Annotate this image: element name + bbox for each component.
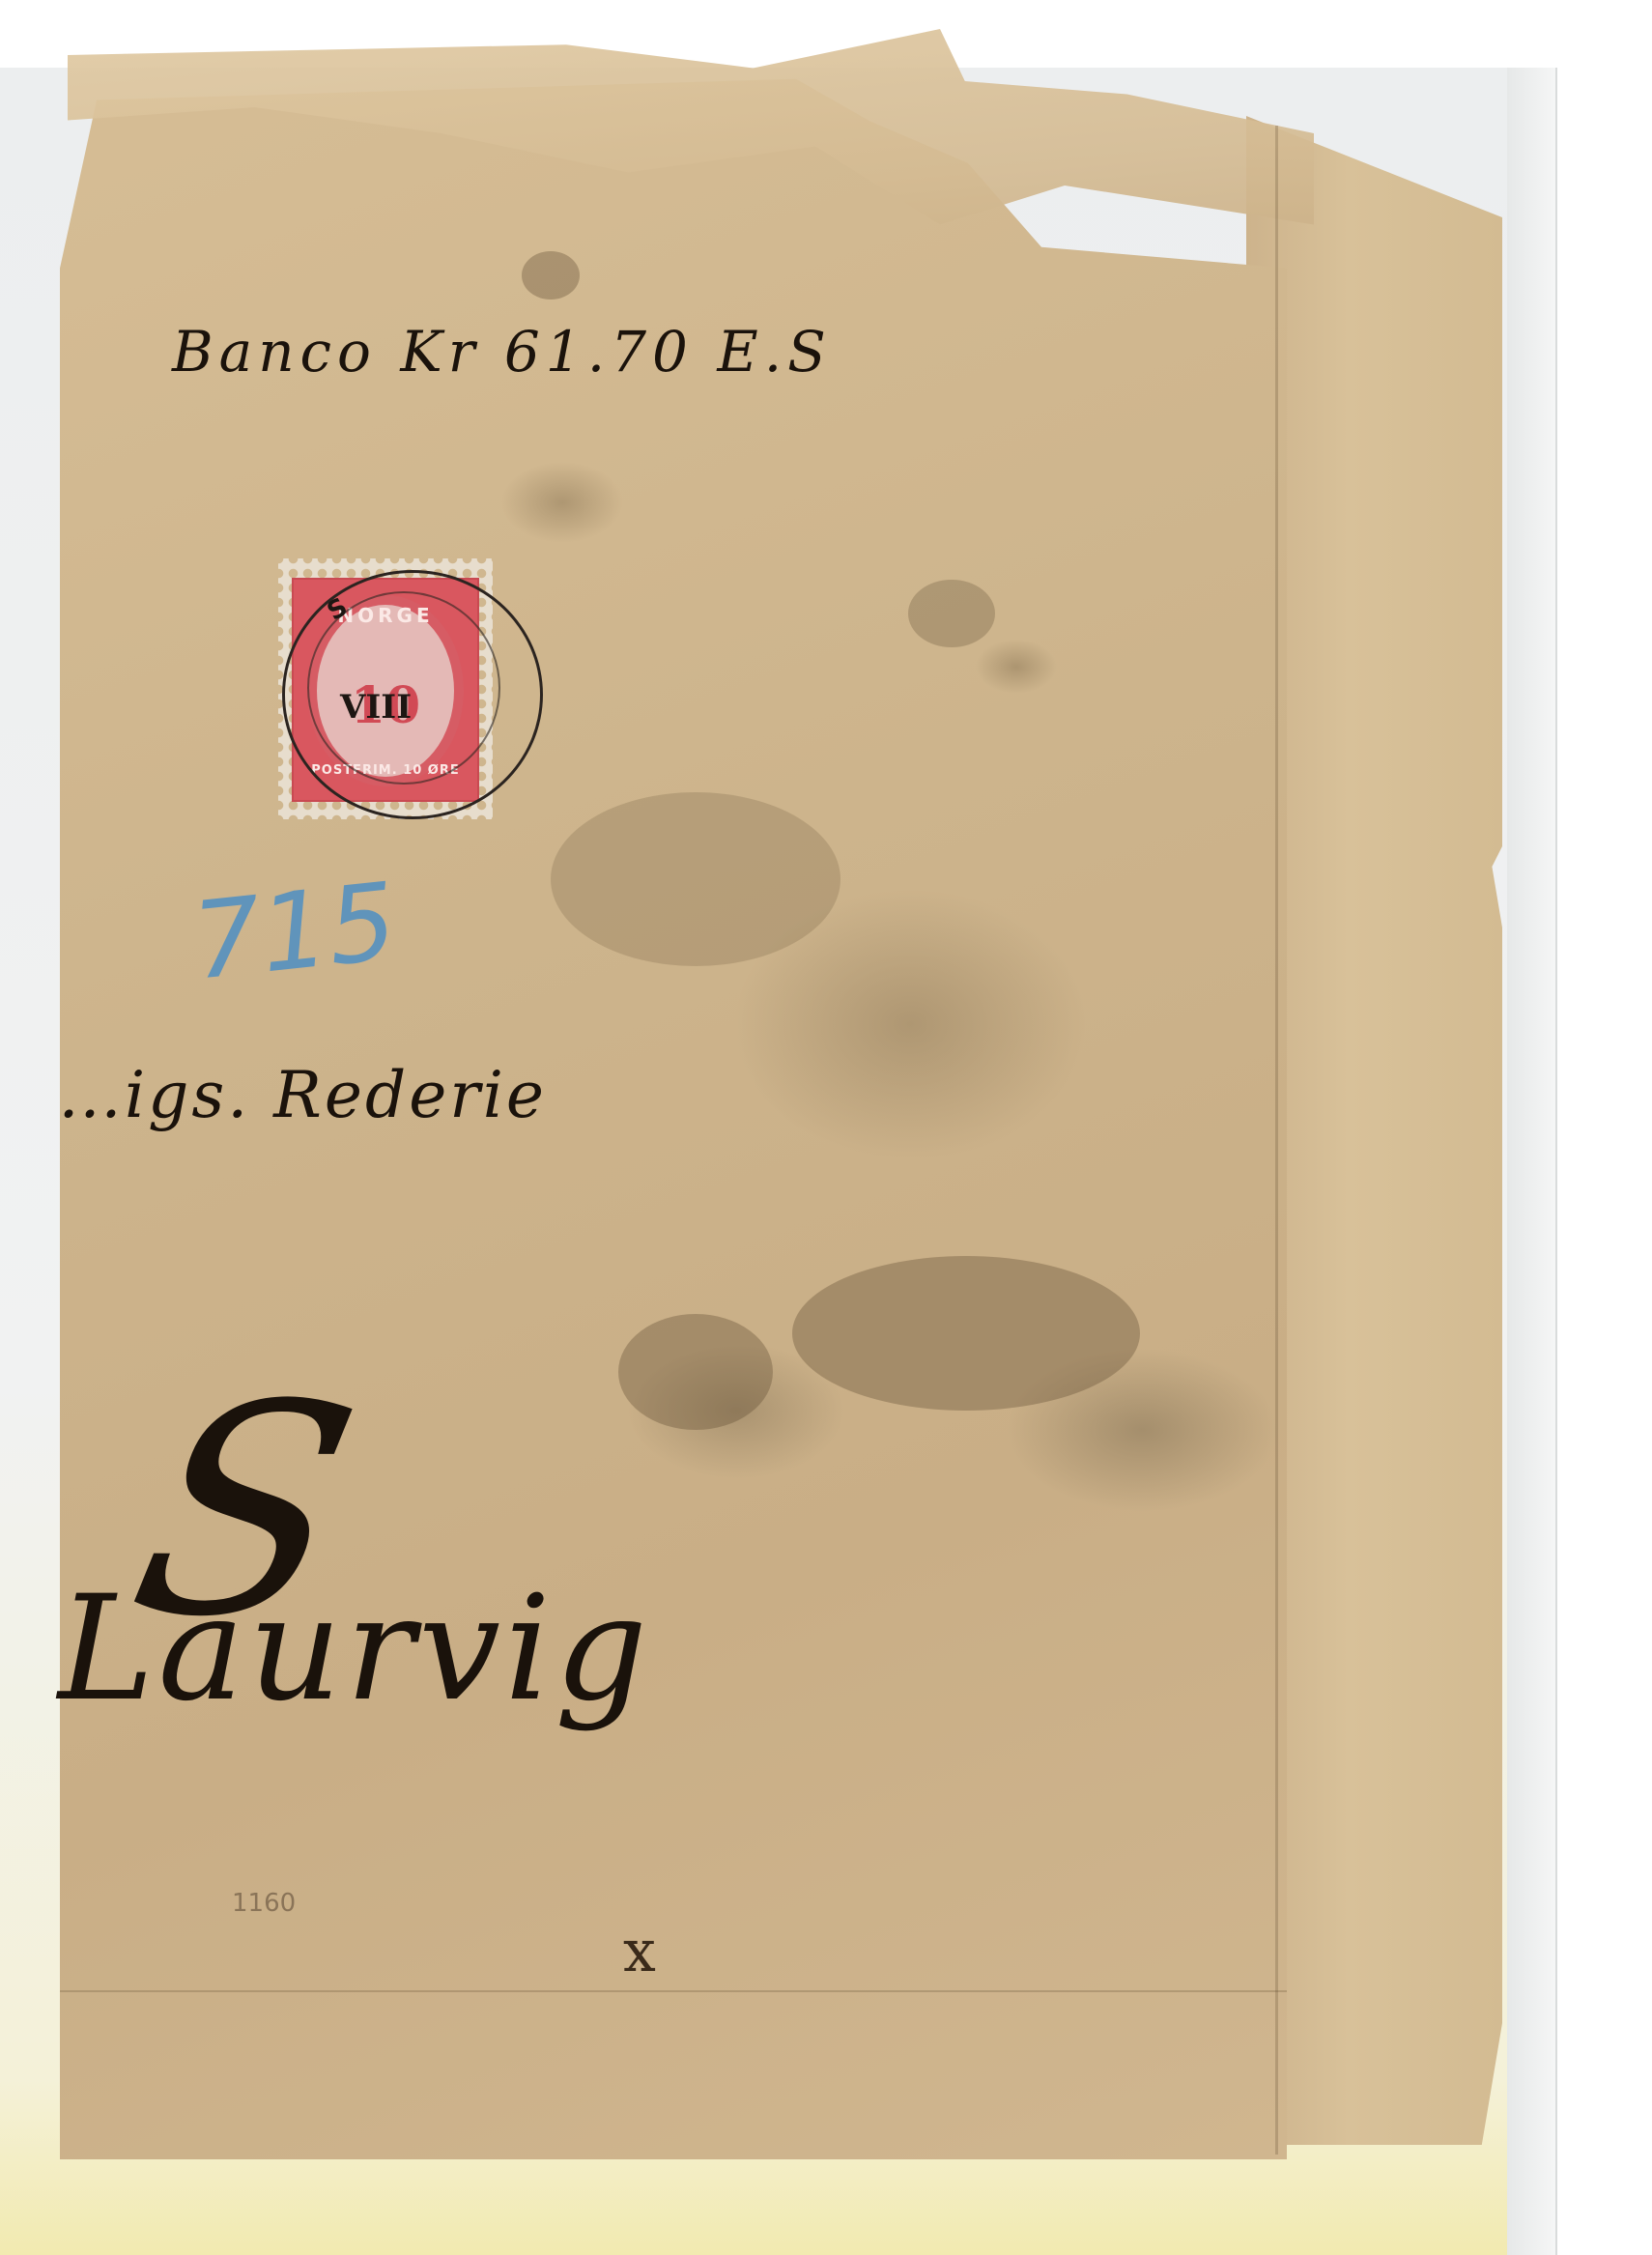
destination-city: Laurvig [58, 1565, 651, 1733]
fold-crease [60, 1990, 1287, 1992]
water-stain [792, 1256, 1140, 1411]
ink-stain [522, 251, 580, 300]
top-handwritten-line: Banco Kr 61.70 E.S [172, 319, 832, 385]
addressee-line: …igs. Rederie [58, 1058, 547, 1132]
blue-crayon-mark: 715 [187, 859, 402, 1003]
sleeve-edge [1507, 68, 1555, 2255]
pencil-note: 1160 [232, 1889, 296, 1918]
bottom-mark: x [623, 1918, 656, 1985]
water-stain [551, 792, 840, 966]
cancellation-date: VIII [340, 688, 412, 727]
water-stain [618, 1314, 773, 1430]
fold-crease [1275, 126, 1278, 2155]
water-stain [908, 580, 995, 647]
